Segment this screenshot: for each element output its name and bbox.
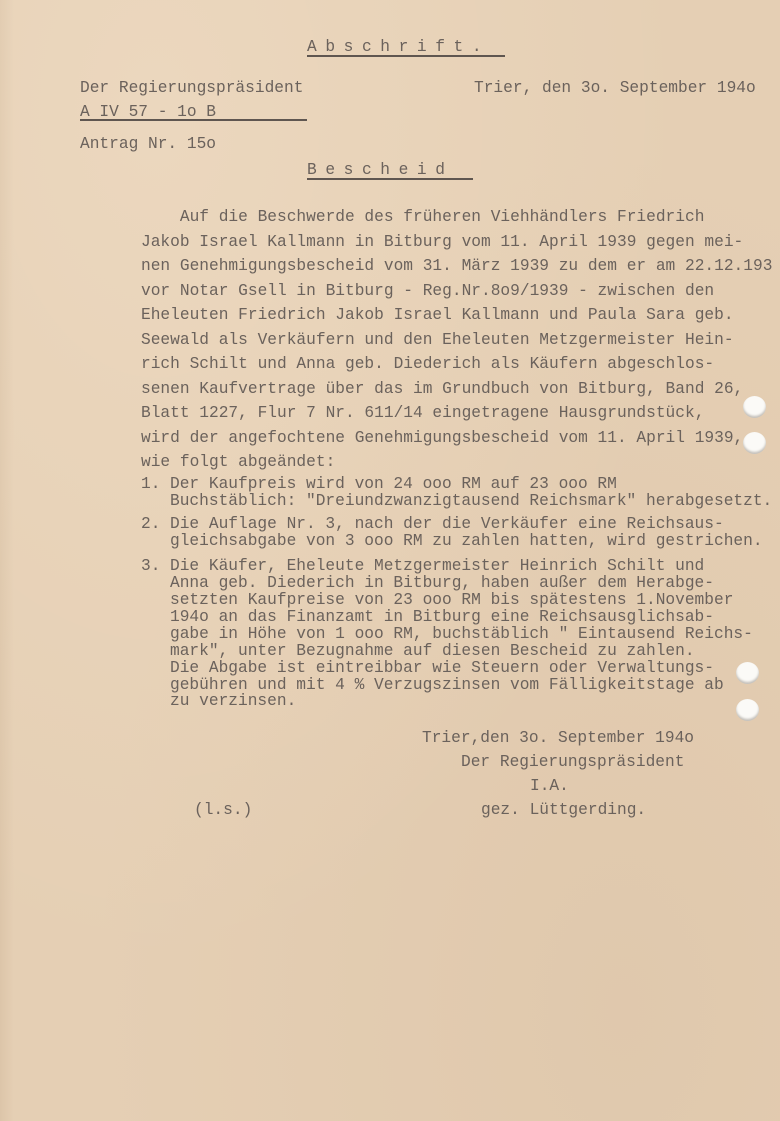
item-line: setzten Kaufpreise von 23 ooo RM bis spä… <box>170 592 733 608</box>
item-line: mark", unter Bezugnahme auf diesen Besch… <box>170 643 695 659</box>
application-number: Antrag Nr. 15o <box>80 136 216 152</box>
body-line: Eheleuten Friedrich Jakob Israel Kallman… <box>141 307 734 323</box>
item-line: Die Abgabe ist eintreibbar wie Steuern o… <box>170 660 714 676</box>
item-line: gleichsabgabe von 3 ooo RM zu zahlen hat… <box>170 533 763 549</box>
closing-place-date: Trier,den 3o. September 194o <box>422 730 694 746</box>
body-line: Blatt 1227, Flur 7 Nr. 611/14 eingetrage… <box>141 405 704 421</box>
document-title: Abschrift. <box>307 39 490 55</box>
item-line: Buchstäblich: "Dreiundzwanzigtausend Rei… <box>170 493 772 509</box>
body-line: Jakob Israel Kallmann in Bitburg vom 11.… <box>141 234 743 250</box>
item-line: gabe in Höhe von 1 ooo RM, buchstäblich … <box>170 626 753 642</box>
by-order: I.A. <box>530 778 569 794</box>
title-underline <box>307 55 505 57</box>
item-number: 3. <box>141 558 160 574</box>
item-line: Die Auflage Nr. 3, nach der die Verkäufe… <box>170 516 724 532</box>
body-line: rich Schilt und Anna geb. Diederich als … <box>141 356 714 372</box>
item-number: 1. <box>141 476 160 492</box>
punch-hole <box>743 432 766 454</box>
item-line: gebühren und mit 4 % Verzugszinsen vom F… <box>170 677 724 693</box>
body-line: wie folgt abgeändet: <box>141 454 335 470</box>
item-line: Der Kaufpreis wird von 24 ooo RM auf 23 … <box>170 476 617 492</box>
body-line: vor Notar Gsell in Bitburg - Reg.Nr.8o9/… <box>141 283 714 299</box>
punch-hole <box>743 396 766 418</box>
item-line: Anna geb. Diederich in Bitburg, haben au… <box>170 575 714 591</box>
body-line: wird der angefochtene Genehmigungsbesche… <box>141 430 743 446</box>
item-number: 2. <box>141 516 160 532</box>
punch-hole <box>736 699 759 721</box>
subject-underline <box>307 178 473 180</box>
place-date: Trier, den 3o. September 194o <box>474 80 756 96</box>
reference-underline <box>80 119 307 121</box>
reference-number: A IV 57 - 1o B <box>80 104 216 120</box>
item-line: zu verzinsen. <box>170 693 296 709</box>
closing-authority: Der Regierungspräsident <box>461 754 684 770</box>
body-line: nen Genehmigungsbescheid vom 31. März 19… <box>141 258 772 274</box>
item-line: 194o an das Finanzamt in Bitburg eine Re… <box>170 609 714 625</box>
punch-hole <box>736 662 759 684</box>
seal-mark: (l.s.) <box>194 802 252 818</box>
item-line: Die Käufer, Eheleute Metzgermeister Hein… <box>170 558 704 574</box>
body-line: senen Kaufvertrage über das im Grundbuch… <box>141 381 743 397</box>
signature: gez. Lüttgerding. <box>481 802 646 818</box>
issuing-authority: Der Regierungspräsident <box>80 80 303 96</box>
body-line: Auf die Beschwerde des früheren Viehhänd… <box>141 209 704 225</box>
document-page: Abschrift. Der Regierungspräsident A IV … <box>0 0 780 1121</box>
body-line: Seewald als Verkäufern und den Eheleuten… <box>141 332 734 348</box>
document-subject: Bescheid <box>307 162 454 178</box>
